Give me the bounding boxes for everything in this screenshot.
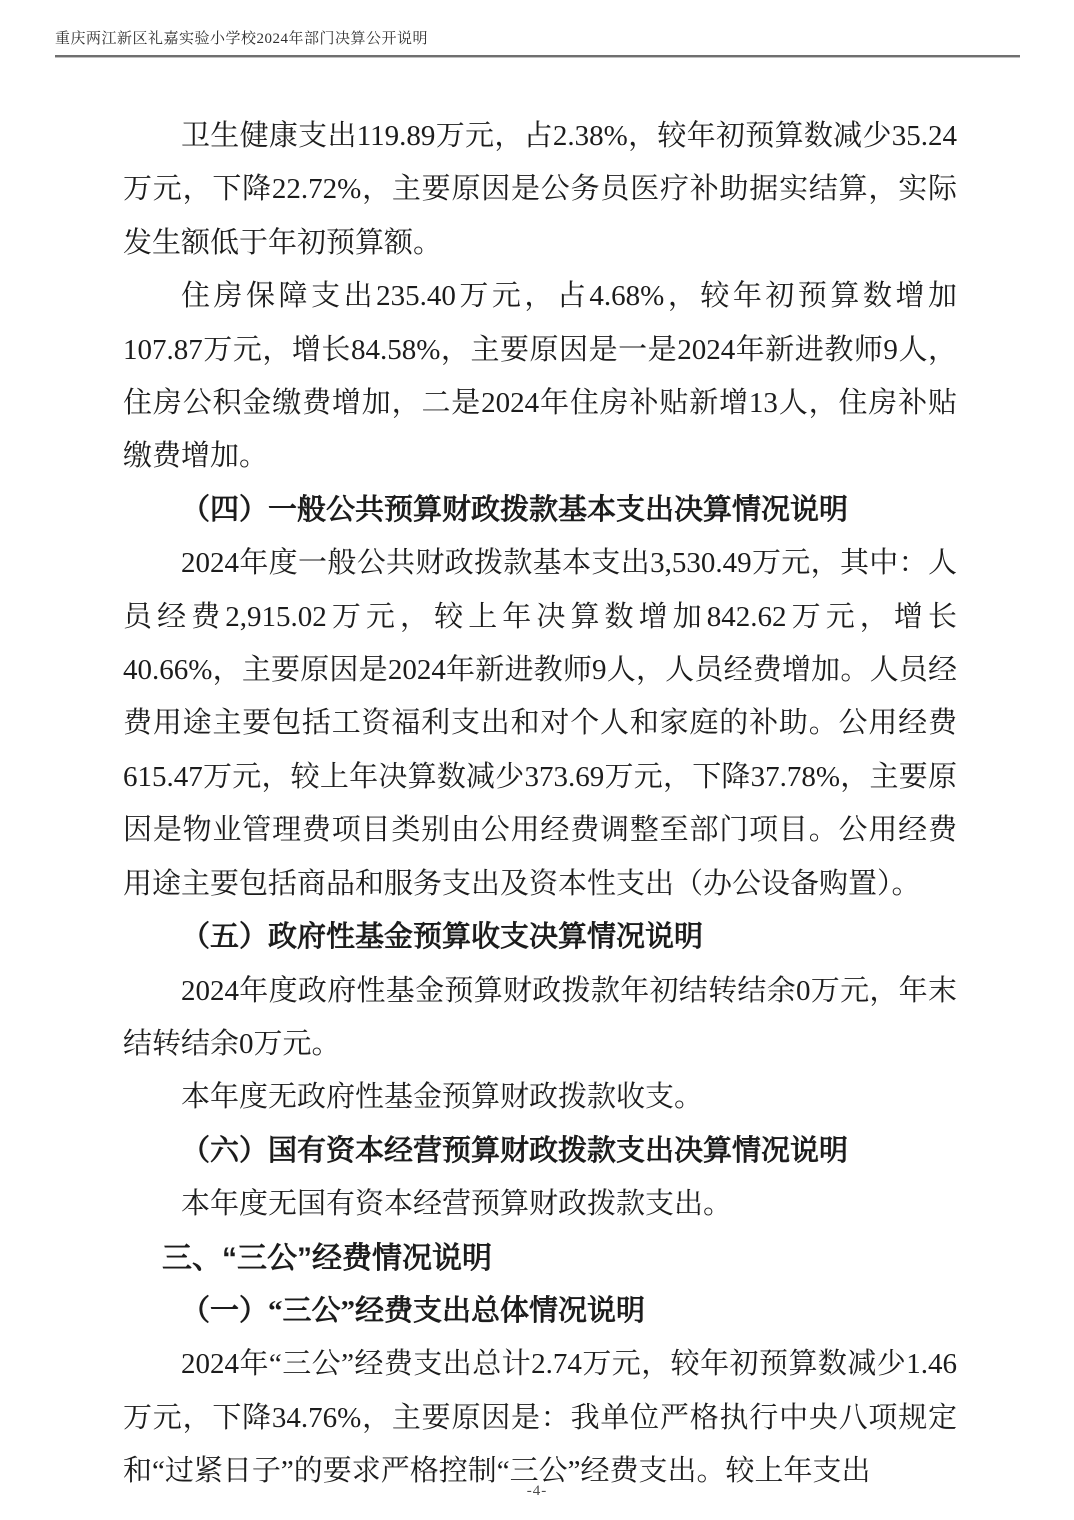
header-title: 重庆两江新区礼嘉实验小学校2024年部门决算公开说明	[55, 30, 1020, 48]
paragraph-no-state-capital: 本年度无国有资本经营预算财政拨款支出。	[123, 1178, 957, 1231]
section-heading-basic-expenditure: （四）一般公共预算财政拨款基本支出决算情况说明	[123, 484, 957, 537]
paragraph-health-expenditure: 卫生健康支出119.89万元，占2.38%，较年初预算数减少35.24万元，下降…	[123, 110, 957, 270]
section-heading-state-capital: （六）国有资本经营预算财政拨款支出决算情况说明	[123, 1125, 957, 1178]
paragraph-no-government-fund: 本年度无政府性基金预算财政拨款收支。	[123, 1071, 957, 1124]
paragraph-three-public-detail: 2024年“三公”经费支出总计2.74万元，较年初预算数减少1.46万元，下降3…	[123, 1338, 957, 1498]
page-footer: -4-	[0, 1483, 1074, 1500]
page-header: 重庆两江新区礼嘉实验小学校2024年部门决算公开说明	[55, 30, 1020, 58]
document-body: 卫生健康支出119.89万元，占2.38%，较年初预算数减少35.24万元，下降…	[123, 110, 957, 1499]
section-heading-three-public-total: （一）“三公”经费支出总体情况说明	[123, 1285, 957, 1338]
header-rule	[55, 55, 1020, 58]
document-page: 重庆两江新区礼嘉实验小学校2024年部门决算公开说明 卫生健康支出119.89万…	[0, 0, 1074, 1520]
paragraph-government-fund-balance: 2024年度政府性基金预算财政拨款年初结转结余0万元，年末结转结余0万元。	[123, 965, 957, 1072]
paragraph-basic-expenditure-detail: 2024年度一般公共财政拨款基本支出3,530.49万元，其中：人员经费2,91…	[123, 537, 957, 911]
paragraph-housing-expenditure: 住房保障支出235.40万元，占4.68%，较年初预算数增加107.87万元，增…	[123, 270, 957, 484]
page-number: -4-	[527, 1483, 548, 1499]
section-heading-government-fund: （五）政府性基金预算收支决算情况说明	[123, 911, 957, 964]
chapter-heading-three-public-funds: 三、“三公”经费情况说明	[123, 1232, 957, 1285]
